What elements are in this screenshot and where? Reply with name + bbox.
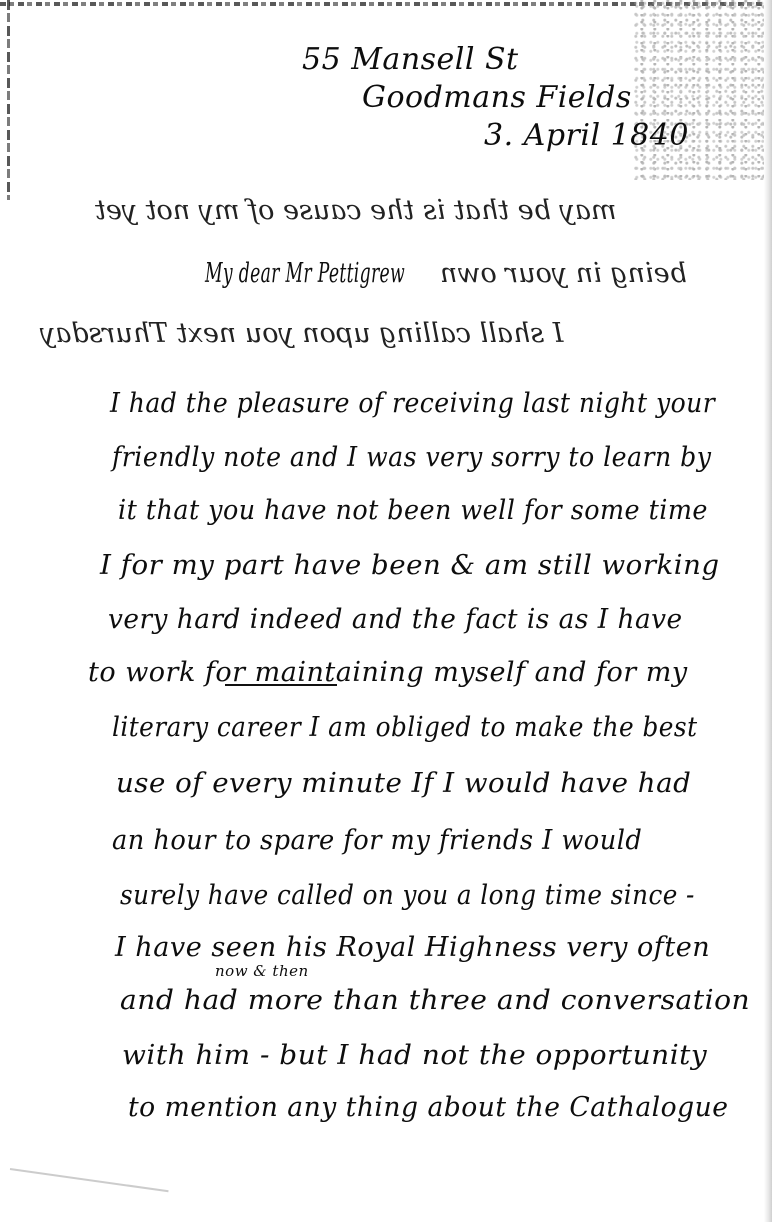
scan-edge-left [7,0,10,200]
body-line-5: very hard indeed and the fact is as I ha… [108,604,683,635]
body-line-6: to work for maintaining myself and for m… [88,657,688,688]
body-line-1: I had the pleasure of receiving last nig… [110,388,715,419]
body-line-3: it that you have not been well for some … [118,495,708,526]
body-line-12: and had more than three and conversation [120,985,750,1016]
scan-speckle [634,0,764,180]
address-district: Goodmans Fields [362,80,632,115]
body-line-11: I have seen his Royal Highness very ofte… [115,932,710,963]
address-street: 55 Mansell St [302,42,519,77]
stray-ink-stroke [10,1168,169,1192]
body-line-6-text: to work for maintaining myself and for m… [88,657,688,688]
letter-date: 3. April 1840 [484,118,689,153]
body-line-13: with him - but I had not the opportunity [122,1040,707,1071]
body-line-10: surely have called on you a long time si… [120,880,695,911]
interlinear-insertion: now & then [215,962,309,980]
body-line-4: I for my part have been & am still worki… [100,550,720,581]
bleed-through-line-1: may be that is the cause of my not yet [95,195,616,226]
body-line-2: friendly note and I was very sorry to le… [112,442,711,473]
salutation: My dear Mr Pettigrew [205,258,405,289]
scan-edge-right [764,0,772,1222]
letter-page: 55 Mansell St Goodmans Fields 3. April 1… [0,0,772,1222]
body-line-8: use of every minute If I would have had [116,768,691,799]
body-line-7: literary career I am obliged to make the… [112,712,697,743]
bleed-through-line-2: being in your own [440,258,687,289]
underline-maintaining [225,684,337,686]
bleed-through-line-3: I shall calling upon you next Thursday [40,318,563,349]
body-line-14: to mention any thing about the Cathalogu… [128,1092,728,1123]
body-line-9: an hour to spare for my friends I would [112,825,642,856]
